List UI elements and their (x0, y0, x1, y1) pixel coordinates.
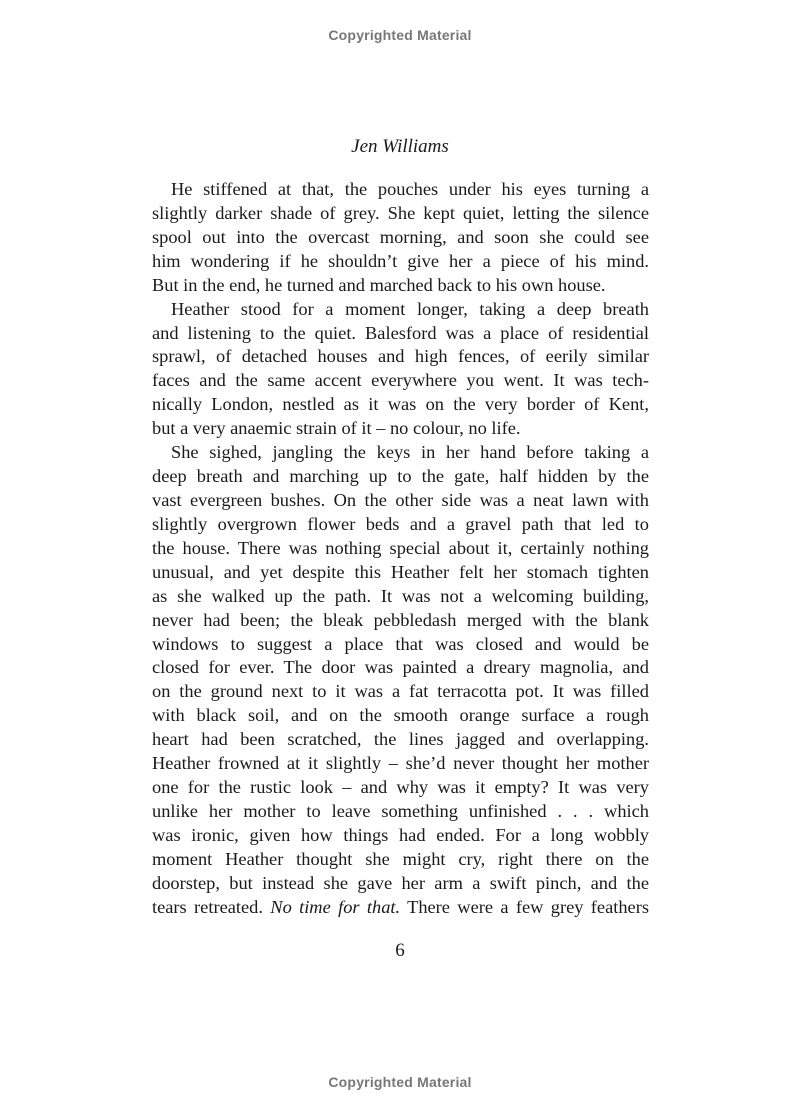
text-line: slightly darker shade of grey. She kept … (152, 202, 649, 226)
text-run: tears retreated. (152, 897, 270, 917)
text-line: But in the end, he turned and marched ba… (152, 274, 649, 298)
paragraph: She sighed, jangling the keys in her han… (152, 441, 649, 919)
text-line-final: tears retreated. No time for that. There… (152, 896, 649, 920)
text-line: unusual, and yet despite this Heather fe… (152, 561, 649, 585)
text-line: Heather stood for a moment longer, takin… (152, 298, 649, 322)
italic-thought: No time for that. (270, 897, 400, 917)
running-head-author: Jen Williams (0, 136, 800, 158)
text-line: nically London, nestled as it was on the… (152, 393, 649, 417)
text-line: closed for ever. The door was painted a … (152, 656, 649, 680)
text-line: never had been; the bleak pebbledash mer… (152, 609, 649, 633)
paragraph: Heather stood for a moment longer, takin… (152, 298, 649, 442)
body-text: He stiffened at that, the pouches under … (152, 178, 649, 920)
text-line: Heather frowned at it slightly – she’d n… (152, 752, 649, 776)
text-line: faces and the same accent everywhere you… (152, 369, 649, 393)
text-line: him wondering if he shouldn’t give her a… (152, 250, 649, 274)
text-line: slightly overgrown flower beds and a gra… (152, 513, 649, 537)
text-line: on the ground next to it was a fat terra… (152, 680, 649, 704)
text-line: moment Heather thought she might cry, ri… (152, 848, 649, 872)
text-line: vast evergreen bushes. On the other side… (152, 489, 649, 513)
text-line: sprawl, of detached houses and high fenc… (152, 345, 649, 369)
page-number: 6 (0, 940, 800, 962)
text-line: the house. There was nothing special abo… (152, 537, 649, 561)
text-line: and listening to the quiet. Balesford wa… (152, 322, 649, 346)
paragraph: He stiffened at that, the pouches under … (152, 178, 649, 298)
text-line: She sighed, jangling the keys in her han… (152, 441, 649, 465)
text-line: one for the rustic look – and why was it… (152, 776, 649, 800)
text-line: unlike her mother to leave something unf… (152, 800, 649, 824)
text-line: as she walked up the path. It was not a … (152, 585, 649, 609)
text-line: heart had been scratched, the lines jagg… (152, 728, 649, 752)
text-line: doorstep, but instead she gave her arm a… (152, 872, 649, 896)
text-run: There were a few grey feathers (400, 897, 649, 917)
copyright-watermark-bottom: Copyrighted Material (0, 1074, 800, 1090)
text-line: windows to suggest a place that was clos… (152, 633, 649, 657)
text-line: spool out into the overcast morning, and… (152, 226, 649, 250)
text-line: was ironic, given how things had ended. … (152, 824, 649, 848)
text-line: with black soil, and on the smooth orang… (152, 704, 649, 728)
copyright-watermark-top: Copyrighted Material (0, 27, 800, 43)
text-line: deep breath and marching up to the gate,… (152, 465, 649, 489)
text-line: He stiffened at that, the pouches under … (152, 178, 649, 202)
text-line: but a very anaemic strain of it – no col… (152, 417, 649, 441)
